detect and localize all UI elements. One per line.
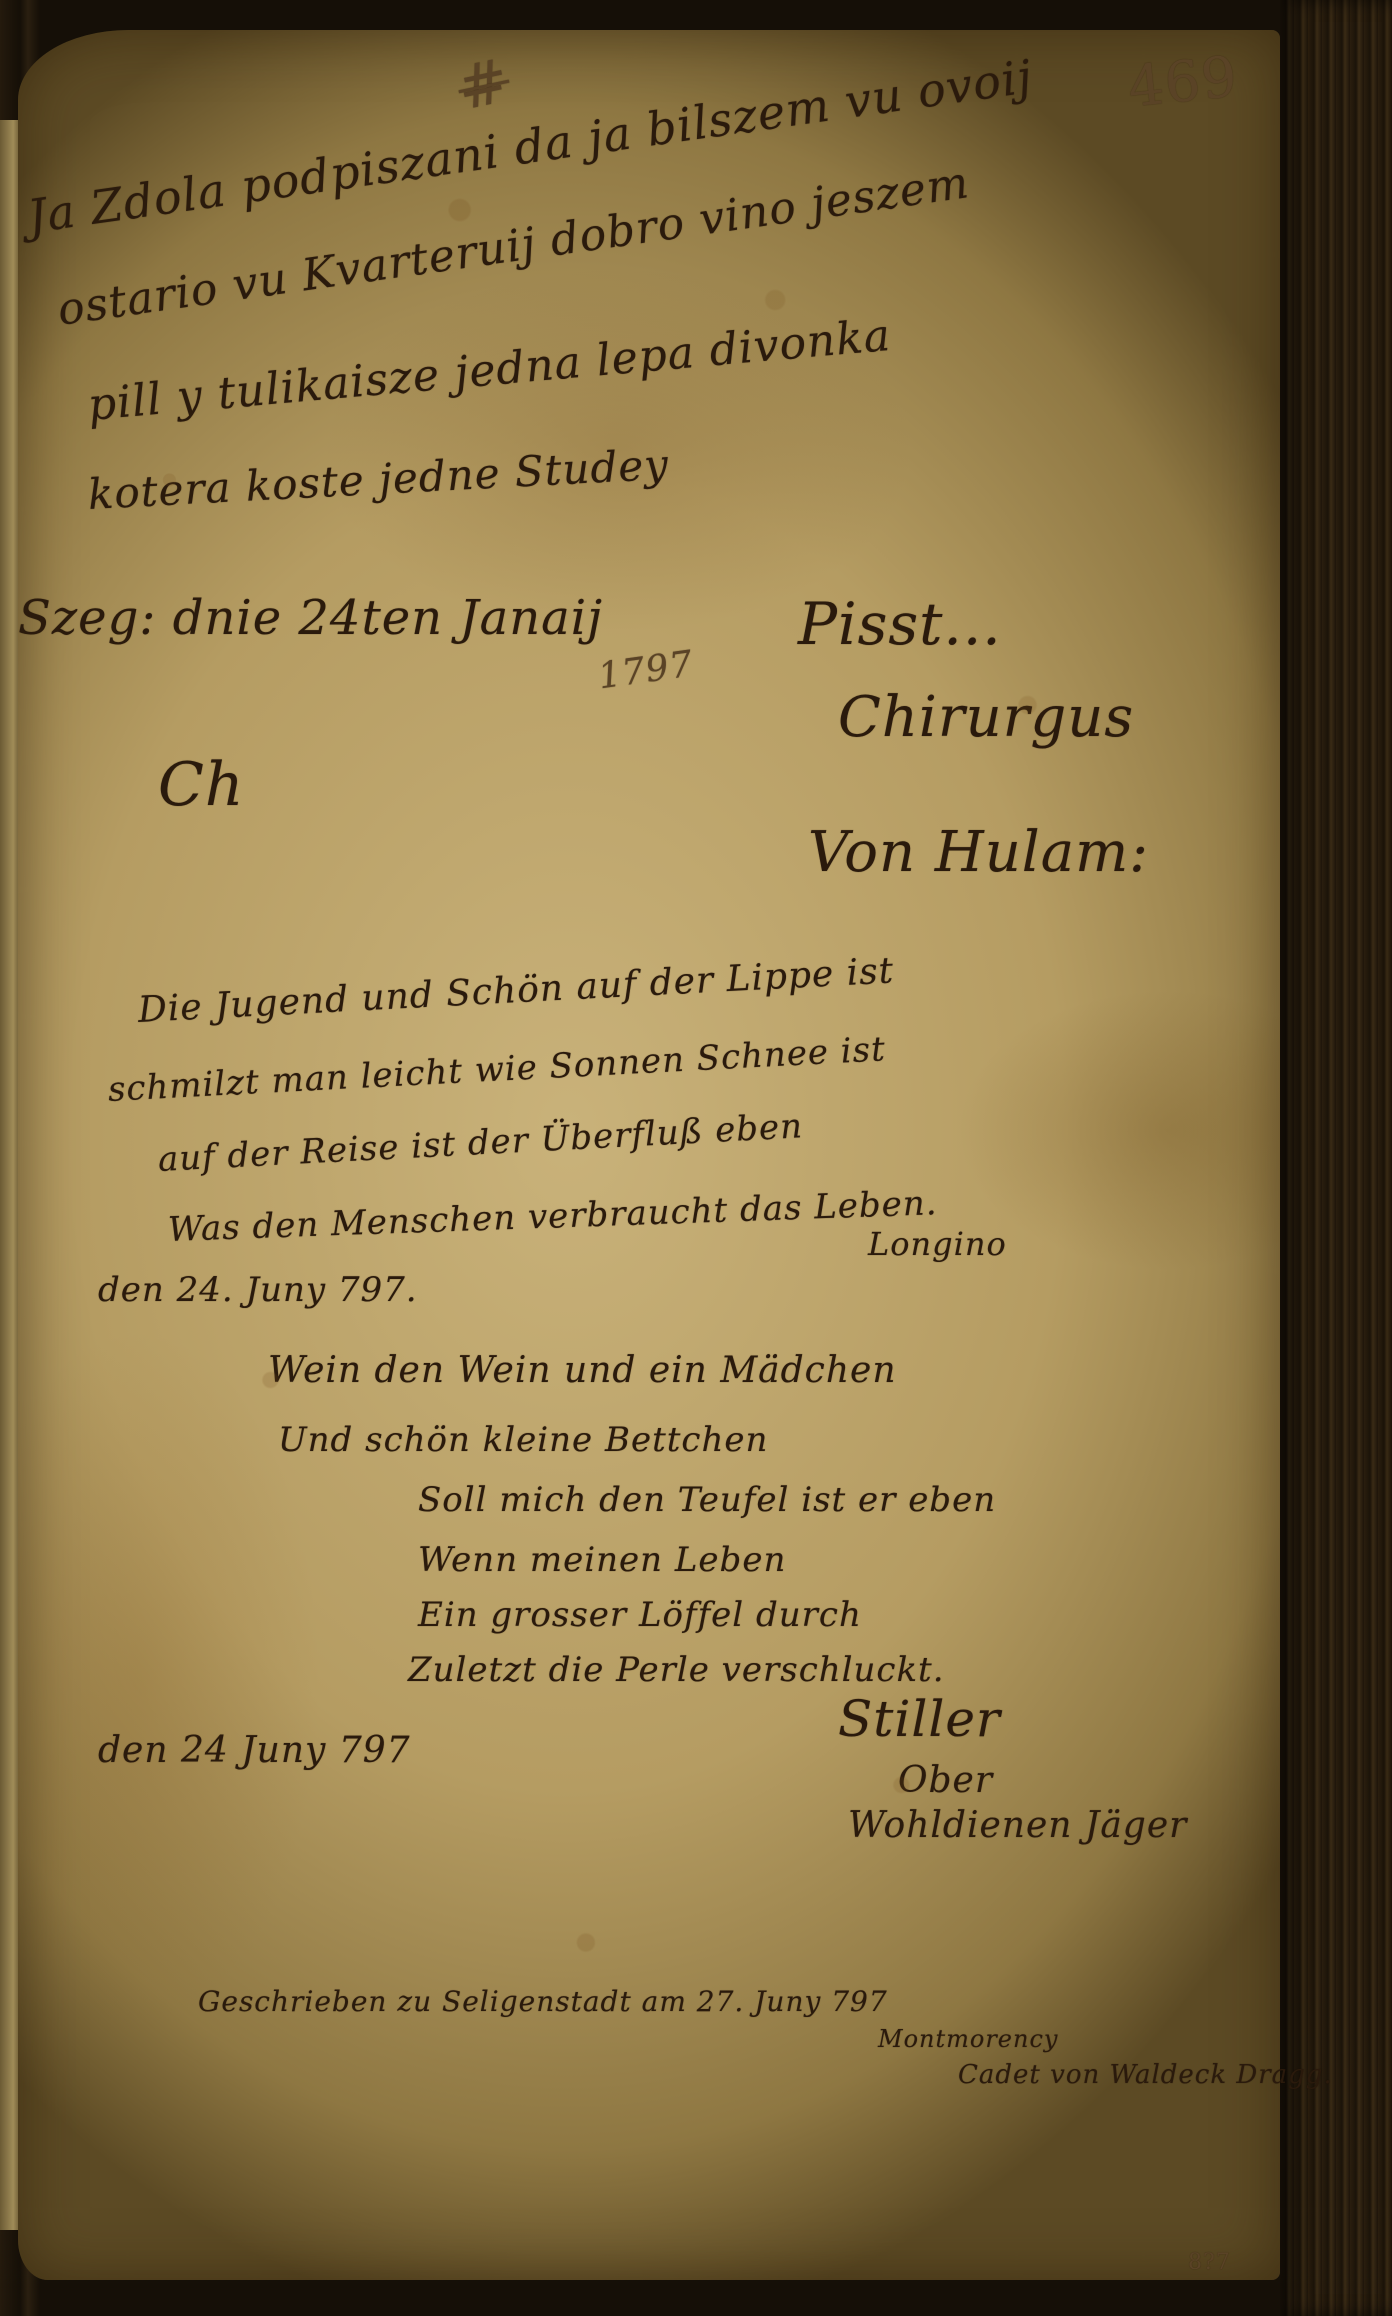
entry-3-signature-name: Stiller [838, 1690, 1001, 1748]
entry-1-year: 1797 [596, 644, 696, 698]
entry-3-line-5: Ein grosser Löffel durch [418, 1595, 862, 1635]
entry-2-date: den 24. Juny 797. [98, 1270, 418, 1310]
entry-4-line: Geschrieben zu Seligenstadt am 27. Juny … [198, 1985, 888, 2018]
entry-2-line-2: schmilzt man leicht wie Sonnen Schnee is… [107, 1029, 887, 1110]
entry-1-line-3: pill y tulikaisze jedna lepa divonka [86, 310, 893, 431]
entry-3-signature-line-3: Wohldienen Jäger [848, 1805, 1187, 1846]
signature-regiment: Von Hulam: [808, 820, 1149, 885]
crossed-marker: # [451, 45, 516, 124]
entry-2-signature: Longino [868, 1225, 1007, 1263]
manuscript-page: # 469 Ja Zdola podpiszani da ja bilszem … [18, 30, 1280, 2280]
book-page-stack-edge [1280, 0, 1392, 2316]
entry-4-signature: Montmorency [878, 2025, 1058, 2053]
entry-1-line-4: kotera koste jedne Studey [87, 440, 670, 519]
entry-4-title: Cadet von Waldeck Dragg. [958, 2060, 1333, 2090]
page-number: 469 [1125, 44, 1241, 120]
entry-1-flourish: Ch [158, 750, 245, 820]
entry-3-line-3: Soll mich den Teufel ist er eben [418, 1480, 996, 1520]
entry-3-line-1: Wein den Wein und ein Mädchen [268, 1350, 897, 1391]
entry-2-line-1: Die Jugend und Schön auf der Lippe ist [137, 950, 895, 1031]
signature-name: Pisst... [798, 590, 1002, 658]
entry-3-line-4: Wenn meinen Leben [418, 1540, 786, 1580]
entry-2-line-3: auf der Reise ist der Überfluß eben [157, 1106, 804, 1180]
bottom-corner-number: 8?7 [1188, 2250, 1231, 2275]
entry-3-signature-line-2: Ober [898, 1760, 993, 1801]
signature-title: Chirurgus [838, 685, 1134, 750]
entry-3-date: den 24 Juny 797 [98, 1730, 411, 1771]
entry-3-line-2: Und schön kleine Bettchen [278, 1420, 768, 1460]
entry-2-line-4: Was den Menschen verbraucht das Leben. [167, 1183, 938, 1250]
entry-3-line-6: Zuletzt die Perle verschluckt. [408, 1650, 945, 1690]
entry-1-date: Szeg: dnie 24ten Janaij [18, 590, 603, 646]
